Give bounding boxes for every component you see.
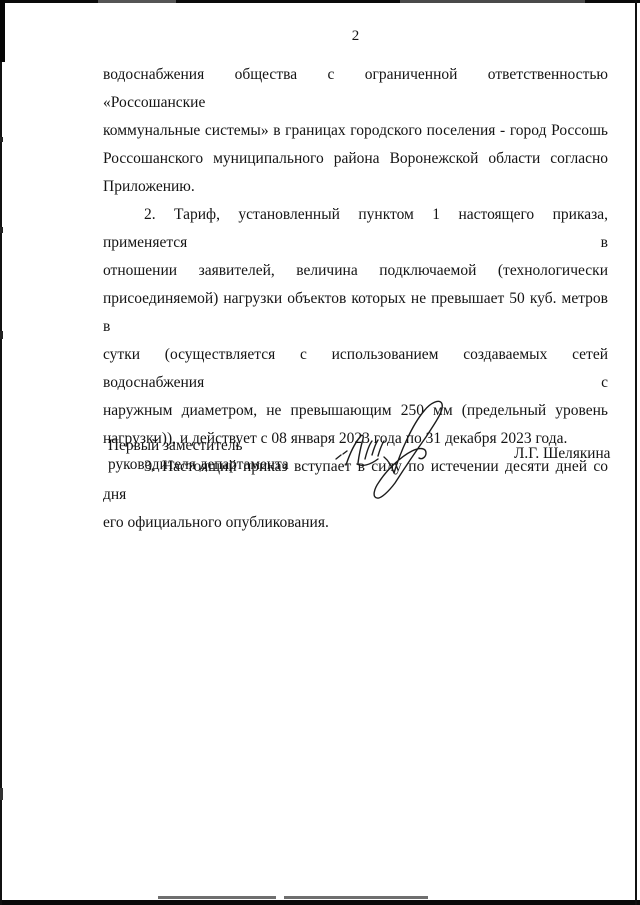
scan-border-left-corner — [0, 0, 5, 62]
scan-artifact — [158, 896, 276, 899]
signatory-position-line2: руководителя департамента — [108, 456, 289, 475]
signatory-position: Первый заместитель руководителя департам… — [108, 437, 289, 474]
text-line: Россошанского муниципального района Воро… — [103, 145, 608, 173]
page-number: 2 — [103, 28, 608, 45]
text-line: присоединяемой) нагрузки объектов которы… — [103, 285, 608, 341]
text-line: коммунальные системы» в границах городск… — [103, 117, 608, 145]
scan-artifact — [284, 896, 428, 899]
text-line: сутки (осуществляется с использованием с… — [103, 341, 608, 397]
handwritten-signature-icon — [332, 396, 458, 506]
scan-artifact — [0, 788, 3, 800]
scan-border-bottom — [0, 900, 640, 905]
text-line: 2. Тариф, установленный пунктом 1 настоя… — [103, 201, 608, 257]
signatory-position-line1: Первый заместитель — [108, 437, 289, 456]
text-line: Приложению. — [103, 173, 608, 201]
scan-artifact — [400, 0, 585, 3]
scan-artifact — [0, 331, 3, 339]
scan-artifact — [0, 137, 3, 142]
scan-border-right — [635, 0, 637, 905]
scan-artifact — [98, 0, 176, 3]
text-line: водоснабжения общества с ограниченной от… — [103, 61, 608, 117]
text-line: отношении заявителей, величина подключае… — [103, 257, 608, 285]
scan-artifact — [0, 227, 3, 233]
document-page: 2 водоснабжения общества с ограниченной … — [0, 0, 640, 905]
text-line: его официального опубликования. — [103, 509, 608, 537]
scan-border-left — [0, 0, 2, 905]
signatory-name: Л.Г. Шелякина — [514, 445, 610, 463]
